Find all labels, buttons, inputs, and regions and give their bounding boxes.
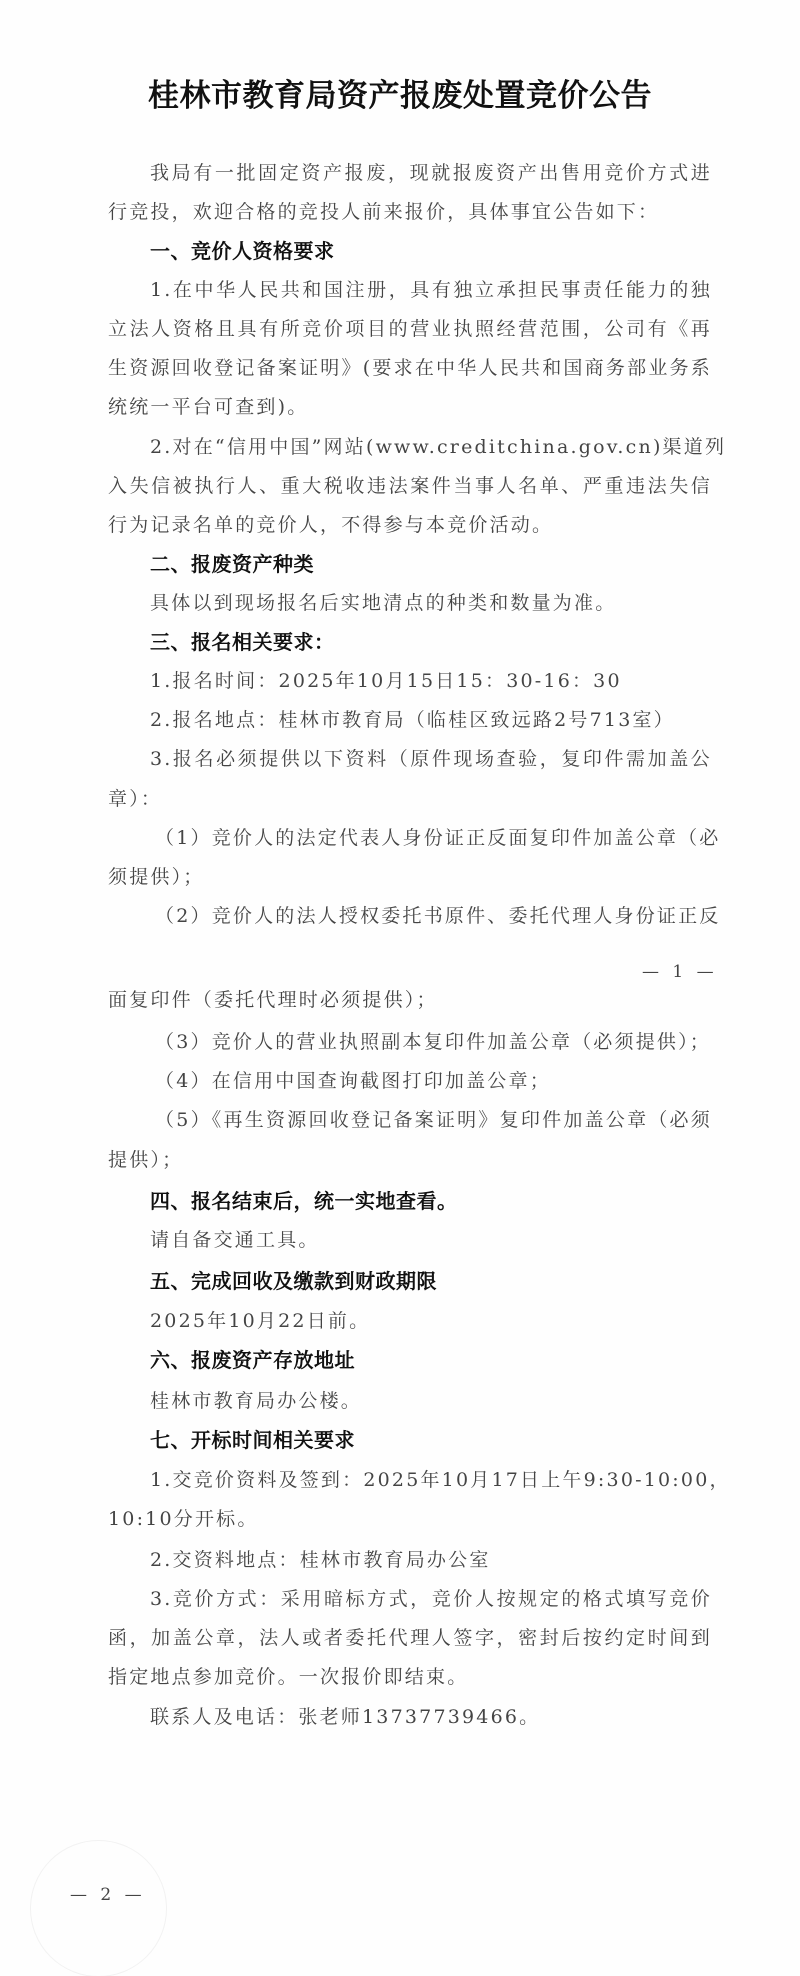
page-number-1: — 1 — — [642, 962, 718, 982]
paragraph-line: 立法人资格且具有所竞价项目的营业执照经营范围，公司有《再 — [108, 314, 712, 344]
paragraph-line: 10:10分开标。 — [108, 1504, 712, 1534]
paragraph-line: 3.竞价方式：采用暗标方式，竞价人按规定的格式填写竞价 — [150, 1584, 712, 1614]
paragraph-line: 章）： — [108, 784, 712, 814]
paragraph-line: 桂林市教育局办公楼。 — [150, 1386, 712, 1416]
paragraph-line: （4）在信用中国查询截图打印加盖公章； — [155, 1066, 712, 1096]
paragraph-line: （3）竞价人的营业执照副本复印件加盖公章（必须提供）； — [155, 1027, 712, 1057]
paragraph-line: 我局有一批固定资产报废，现就报废资产出售用竞价方式进 — [150, 158, 712, 188]
paragraph-line: （5）《再生资源回收登记备案证明》复印件加盖公章（必须 — [155, 1105, 712, 1135]
paragraph-line: 提供）； — [108, 1145, 712, 1175]
paragraph-line: 请自备交通工具。 — [150, 1225, 712, 1255]
section-heading: 七、开标时间相关要求 — [150, 1425, 712, 1455]
paragraph-line: 函，加盖公章，法人或者委托代理人签字，密封后按约定时间到 — [108, 1623, 712, 1653]
section-heading: 六、报废资产存放地址 — [150, 1345, 712, 1375]
paragraph-line: 行为记录名单的竞价人，不得参与本竞价活动。 — [108, 510, 712, 540]
paragraph-line: （1）竞价人的法定代表人身份证正反面复印件加盖公章（必 — [155, 823, 712, 853]
paragraph-line: 具体以到现场报名后实地清点的种类和数量为准。 — [150, 588, 712, 618]
paragraph-line: 入失信被执行人、重大税收违法案件当事人名单、严重违法失信 — [108, 471, 712, 501]
paragraph-line: 2.交资料地点：桂林市教育局办公室 — [150, 1545, 712, 1575]
faded-stamp-mark — [30, 1840, 167, 1976]
section-heading: 二、报废资产种类 — [150, 549, 712, 579]
section-heading: 四、报名结束后，统一实地查看。 — [150, 1186, 712, 1216]
section-heading: 五、完成回收及缴款到财政期限 — [150, 1266, 712, 1296]
paragraph-line: 2.对在“信用中国”网站(www.creditchina.gov.cn)渠道列 — [150, 432, 712, 462]
paragraph-line: 须提供）； — [108, 862, 712, 892]
paragraph-line: 2.报名地点：桂林市教育局（临桂区致远路2号713室） — [150, 705, 712, 735]
paragraph-line: 2025年10月22日前。 — [150, 1306, 712, 1336]
paragraph-line: 1.交竞价资料及签到：2025年10月17日上午9:30-10:00， — [150, 1465, 712, 1495]
paragraph-line: 联系人及电话：张老师13737739466。 — [150, 1702, 712, 1732]
paragraph-line: 统统一平台可查到)。 — [108, 392, 712, 422]
paragraph-line: （2）竞价人的法人授权委托书原件、委托代理人身份证正反 — [155, 901, 712, 931]
section-heading: 一、竞价人资格要求 — [150, 236, 712, 266]
paragraph-line: 1.在中华人民共和国注册，具有独立承担民事责任能力的独 — [150, 275, 712, 305]
paragraph-line: 行竞投，欢迎合格的竞投人前来报价，具体事宜公告如下： — [108, 197, 712, 227]
section-heading: 三、报名相关要求： — [150, 627, 712, 657]
paragraph-line: 生资源回收登记备案证明》(要求在中华人民共和国商务部业务系 — [108, 353, 712, 383]
paragraph-line: 指定地点参加竞价。一次报价即结束。 — [108, 1662, 712, 1692]
paragraph-line: 面复印件（委托代理时必须提供）； — [108, 985, 712, 1015]
document-page: 桂林市教育局资产报废处置竞价公告 我局有一批固定资产报废，现就报废资产出售用竞价… — [0, 0, 800, 1976]
page-number-2: — 2 — — [70, 1885, 146, 1905]
paragraph-line: 3.报名必须提供以下资料（原件现场查验，复印件需加盖公 — [150, 744, 712, 774]
document-title: 桂林市教育局资产报废处置竞价公告 — [0, 70, 800, 115]
paragraph-line: 1.报名时间：2025年10月15日15：30-16：30 — [150, 666, 712, 696]
